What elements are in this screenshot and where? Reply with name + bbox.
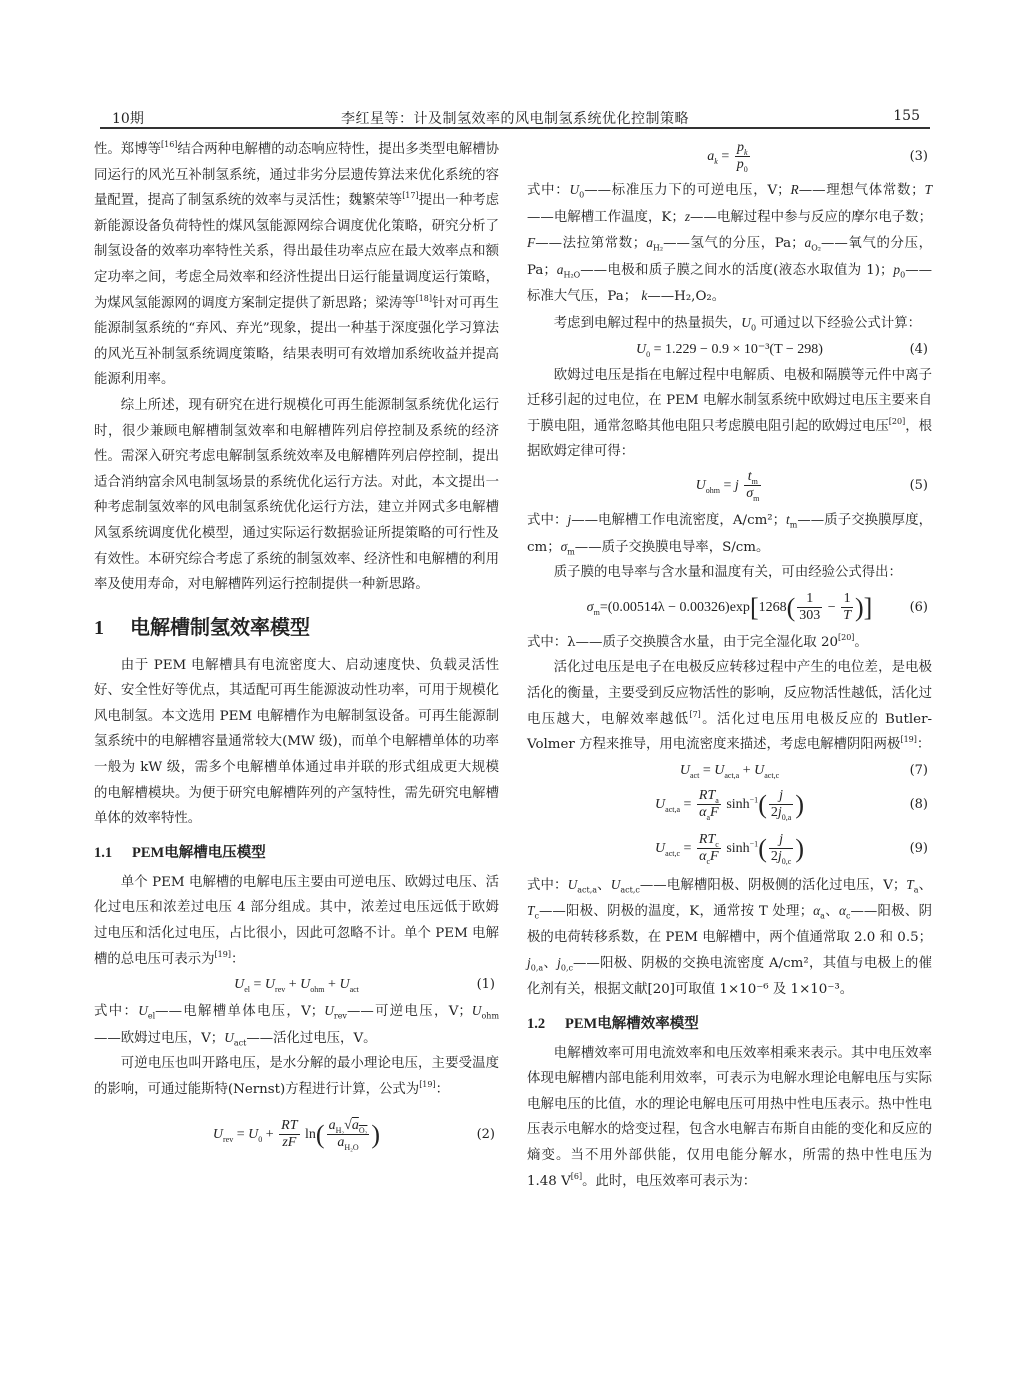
paragraph-summary: 综上所述，现有研究在进行规模化可再生能源制氢系统优化运行时，很少兼顾电解槽制氢效… <box>94 393 499 598</box>
text: 提出一种考虑新能源设备负荷特性的煤风氢能源网综合调度优化策略，研究分析了制氢设备… <box>94 193 499 310</box>
equation-9-definitions: 式中：Uact,a、Uact,c——电解槽阳极、阴极侧的活化过电压，V；Ta、T… <box>527 872 932 1003</box>
section-number: 1.2 <box>527 1011 565 1037</box>
paragraph-heat-loss: 考虑到电解过程中的热量损失，U0 可通过以下经验公式计算： <box>527 310 932 337</box>
equation-4: U0 = 1.229 − 0.9 × 10⁻³(T − 298) (4) <box>527 337 932 363</box>
page-header: 10期 李红星等：计及制氢效率的风电制氢系统优化控制策略 155 <box>100 106 930 128</box>
text: ——可逆电压，V； <box>347 1004 472 1019</box>
right-column: ak = pkp0 (3) 式中：U0——标准压力下的可逆电压，V；R——理想气… <box>527 137 932 1194</box>
section-heading-1: 1电解槽制氢效率模型 <box>94 612 499 643</box>
text: 欧姆过电压是指在电解过程中电解质、电极和隔膜等元件中离子迁移引起的过电位，在 P… <box>527 368 932 434</box>
citation[interactable]: [17] <box>402 191 418 200</box>
equation-constant: 1268 <box>759 600 787 615</box>
section-heading-1-1: 1.1PEM电解槽电压模型 <box>94 840 499 866</box>
citation[interactable]: [20] <box>889 417 905 426</box>
citation[interactable]: [7] <box>689 710 700 719</box>
equation-6: σm=(0.00514λ − 0.00326)exp[1268(1303 − 1… <box>527 586 932 630</box>
text: ——阳极、阴极的交换电流密度 A/cm²，其值与电极上的催化剂有关，根据文献[2… <box>527 956 932 997</box>
paragraph-nernst: 可逆电压也叫开路电压，是水分解的最小理论电压，主要受温度的影响，可通过能斯特(N… <box>94 1051 499 1102</box>
paragraph-ohmic: 欧姆过电压是指在电解过程中电解质、电极和隔膜等元件中离子迁移引起的过电位，在 P… <box>527 363 932 465</box>
text: ——H₂,O₂。 <box>647 289 725 304</box>
text: 考虑到电解过程中的热量损失， <box>554 316 741 331</box>
text: ——电极和质子膜之间水的活度(液态水取值为 1)； <box>580 263 893 278</box>
equation-3-definitions: 式中：U0——标准压力下的可逆电压，V；R——理想气体常数；T——电解槽工作温度… <box>527 177 932 310</box>
text: 可通过以下经验公式计算： <box>760 316 921 331</box>
fraction-numerator: 1 <box>797 591 822 608</box>
equation-number: (1) <box>477 972 495 998</box>
equation-8: Uact,a = RTaαaF sinh−1(j2j0,a) (8) <box>527 784 932 826</box>
section-number: 1 <box>94 613 130 643</box>
fraction-numerator: 1 <box>841 591 853 608</box>
paragraph-activation: 活化过电压是电子在电极反应转移过程中产生的电位差，是电极活化的衡量，主要受到反应… <box>527 655 932 757</box>
equation-number: (6) <box>910 586 928 630</box>
equation-expression: = 1.229 − 0.9 × 10⁻³(T − 298) <box>654 342 823 357</box>
text: ——理想气体常数； <box>799 183 925 198</box>
text: ——法拉第常数； <box>535 236 646 251</box>
text: ——标准压力下的可逆电压，V； <box>584 183 790 198</box>
running-title: 李红星等：计及制氢效率的风电制氢系统优化控制策略 <box>100 108 930 128</box>
equation-number: (7) <box>910 758 928 784</box>
equation-3: ak = pkp0 (3) <box>527 137 932 177</box>
text: ——电解槽阳极、阴极侧的活化过电压，V； <box>640 878 906 893</box>
text: ——质子交换膜电导率，S/cm。 <box>575 540 770 555</box>
section-title: 电解槽制氢效率模型 <box>130 615 310 639</box>
citation[interactable]: [18] <box>416 294 432 303</box>
text: 性。郑博等 <box>94 142 161 157</box>
section-heading-1-2: 1.2PEM电解槽效率模型 <box>527 1011 932 1037</box>
text: 式中： <box>527 183 569 198</box>
fraction-denominator: 303 <box>797 608 822 624</box>
paragraph-pem-intro: 由于 PEM 电解槽具有电流密度大、启动速度快、负载灵活性好、安全性好等优点，其… <box>94 653 499 832</box>
text: ——电解槽单体电压，V； <box>155 1004 324 1019</box>
citation[interactable]: [16] <box>161 140 177 149</box>
equation-5-definitions: 式中：j——电解槽工作电流密度，A/cm²；tm——质子交换膜厚度，cm；σm—… <box>527 507 932 560</box>
equation-number: (9) <box>910 826 928 872</box>
section-number: 1.1 <box>94 840 132 866</box>
paragraph-membrane: 质子膜的电导率与含水量和温度有关，可由经验公式得出： <box>527 560 932 586</box>
equation-number: (2) <box>477 1111 495 1159</box>
equation-1-definitions: 式中：Uel——电解槽单体电压，V；Urev——可逆电压，V；Uohm——欧姆过… <box>94 998 499 1051</box>
paragraph-intro-continued: 性。郑博等[16]结合两种电解槽的动态响应特性，提出多类型电解槽协同运行的风光互… <box>94 137 499 393</box>
equation-number: (5) <box>910 465 928 507</box>
header-rule <box>100 127 930 129</box>
citation[interactable]: [19] <box>215 950 231 959</box>
text: ： <box>917 737 930 752</box>
equation-9: Uact,c = RTcαcF sinh−1(j2j0,c) (9) <box>527 826 932 872</box>
paragraph-voltage: 单个 PEM 电解槽的电解电压主要由可逆电压、欧姆过电压、活化过电压和浓差过电压… <box>94 870 499 972</box>
text: 电解槽效率可用电流效率和电压效率相乘来表示。其中电压效率体现电解槽内部电能利用效… <box>527 1046 932 1189</box>
text: 式中： <box>527 878 568 893</box>
equation-6-definitions: 式中：λ——质子交换膜含水量，由于完全湿化取 20[20]。 <box>527 630 932 656</box>
text: ——电解槽工作温度，K； <box>527 210 685 225</box>
equation-7: Uact = Uact,a + Uact,c (7) <box>527 758 932 784</box>
citation[interactable]: [19] <box>419 1080 435 1089</box>
equation-5: Uohm = j tmσm (5) <box>527 465 932 507</box>
text: ——电解过程中参与反应的摩尔电子数； <box>690 210 932 225</box>
text: 。此时，电压效率可表示为： <box>582 1174 756 1189</box>
text: λ——质子交换膜含水量，由于完全湿化取 20 <box>567 635 838 650</box>
section-pem: PEM <box>132 845 164 861</box>
equation-number: (4) <box>910 337 928 363</box>
section-title: 电解槽效率模型 <box>597 1016 699 1032</box>
equation-number: (8) <box>910 784 928 826</box>
equation-1: Uel = Urev + Uohm + Uact (1) <box>94 972 499 998</box>
text: ： <box>231 952 244 967</box>
text: 式中： <box>527 513 567 528</box>
text: ： <box>436 1082 449 1097</box>
left-column: 性。郑博等[16]结合两种电解槽的动态响应特性，提出多类型电解槽协同运行的风光互… <box>94 137 499 1159</box>
text: 式中： <box>527 635 567 650</box>
text: ——欧姆过电压，V； <box>94 1031 224 1046</box>
section-pem: PEM <box>565 1016 597 1032</box>
page-number: 155 <box>893 108 920 124</box>
text: ——活化过电压，V。 <box>246 1031 376 1046</box>
citation[interactable]: [6] <box>571 1172 582 1181</box>
citation[interactable]: [19] <box>900 735 916 744</box>
text: ——电解槽工作电流密度，A/cm²； <box>571 513 786 528</box>
text: 式中： <box>94 1004 138 1019</box>
text: ——氢气的分压，Pa； <box>663 236 804 251</box>
text: ——阳极、阴极的温度，K，通常按 T 处理； <box>539 904 813 919</box>
text: 。 <box>854 635 867 650</box>
text: 单个 PEM 电解槽的电解电压主要由可逆电压、欧姆过电压、活化过电压和浓差过电压… <box>94 875 499 967</box>
paragraph-efficiency: 电解槽效率可用电流效率和电压效率相乘来表示。其中电压效率体现电解槽内部电能利用效… <box>527 1041 932 1195</box>
equation-expression: =(0.00514λ − 0.00326)exp <box>600 600 750 615</box>
citation[interactable]: [20] <box>838 633 854 642</box>
section-title: 电解槽电压模型 <box>164 845 266 861</box>
equation-number: (3) <box>910 137 928 177</box>
equation-2: Urev = U0 + RTzF ln(aH₂√aO₂aH₂O) (2) <box>94 1111 499 1159</box>
